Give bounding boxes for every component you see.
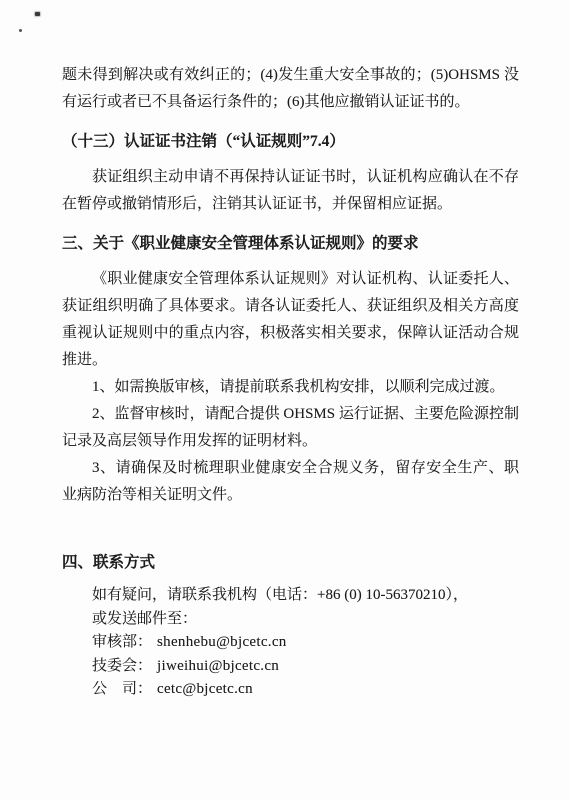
paragraph-certificate-revocation-continuation: 题未得到解决或有效纠正的；(4)发生重大安全事故的；(5)OHSMS 没有运行或… xyxy=(62,62,519,116)
paragraph-section-3-intro: 《职业健康安全管理体系认证规则》对认证机构、认证委托人、获证组织明确了具体要求。… xyxy=(62,266,519,374)
ink-speck-icon xyxy=(19,29,22,32)
contact-phone-line: 如有疑问，请联系我机构（电话：+86 (0) 10-56370210）， xyxy=(92,584,519,608)
contact-label-audit-department: 审核部： xyxy=(92,634,152,650)
scanned-document-page: 题未得到解决或有效纠正的；(4)发生重大安全事故的；(5)OHSMS 没有运行或… xyxy=(0,0,569,800)
contact-email-technical-committee: jiweihui@bjcetc.cn xyxy=(157,658,279,674)
heading-section-13-certificate-cancellation: （十三）认证证书注销（“认证规则”7.4） xyxy=(62,128,519,155)
contact-row-audit-department: 审核部：shenhebu@bjcetc.cn xyxy=(92,631,519,655)
contact-email-intro-line: 或发送邮件至： xyxy=(92,608,519,632)
contact-row-company: 公 司：cetc@bjcetc.cn xyxy=(92,678,519,702)
contact-email-company: cetc@bjcetc.cn xyxy=(157,681,253,697)
contact-label-company: 公 司： xyxy=(92,681,152,697)
heading-section-3-ohsms-rules-requirements: 三、关于《职业健康安全管理体系认证规则》的要求 xyxy=(62,230,519,257)
ink-speck-icon xyxy=(35,12,40,16)
heading-section-4-contact-information: 四、联系方式 xyxy=(62,549,519,576)
contact-row-technical-committee: 技委会：jiweihui@bjcetc.cn xyxy=(92,655,519,679)
document-body: 题未得到解决或有效纠正的；(4)发生重大安全事故的；(5)OHSMS 没有运行或… xyxy=(0,0,569,702)
contact-email-audit-department: shenhebu@bjcetc.cn xyxy=(157,634,287,650)
list-item-1-version-transition-audit: 1、如需换版审核，请提前联系我机构安排，以顺利完成过渡。 xyxy=(62,374,519,401)
list-item-2-surveillance-audit-evidence: 2、监督审核时，请配合提供 OHSMS 运行证据、主要危险源控制记录及高层领导作… xyxy=(62,401,519,455)
contact-block: 如有疑问，请联系我机构（电话：+86 (0) 10-56370210）， 或发送… xyxy=(62,584,519,702)
list-item-3-compliance-obligations: 3、请确保及时梳理职业健康安全合规义务，留存安全生产、职业病防治等相关证明文件。 xyxy=(62,455,519,509)
contact-label-technical-committee: 技委会： xyxy=(92,658,152,674)
paragraph-section-13-body: 获证组织主动申请不再保持认证证书时，认证机构应确认在不存在暂停或撤销情形后，注销… xyxy=(62,164,519,218)
